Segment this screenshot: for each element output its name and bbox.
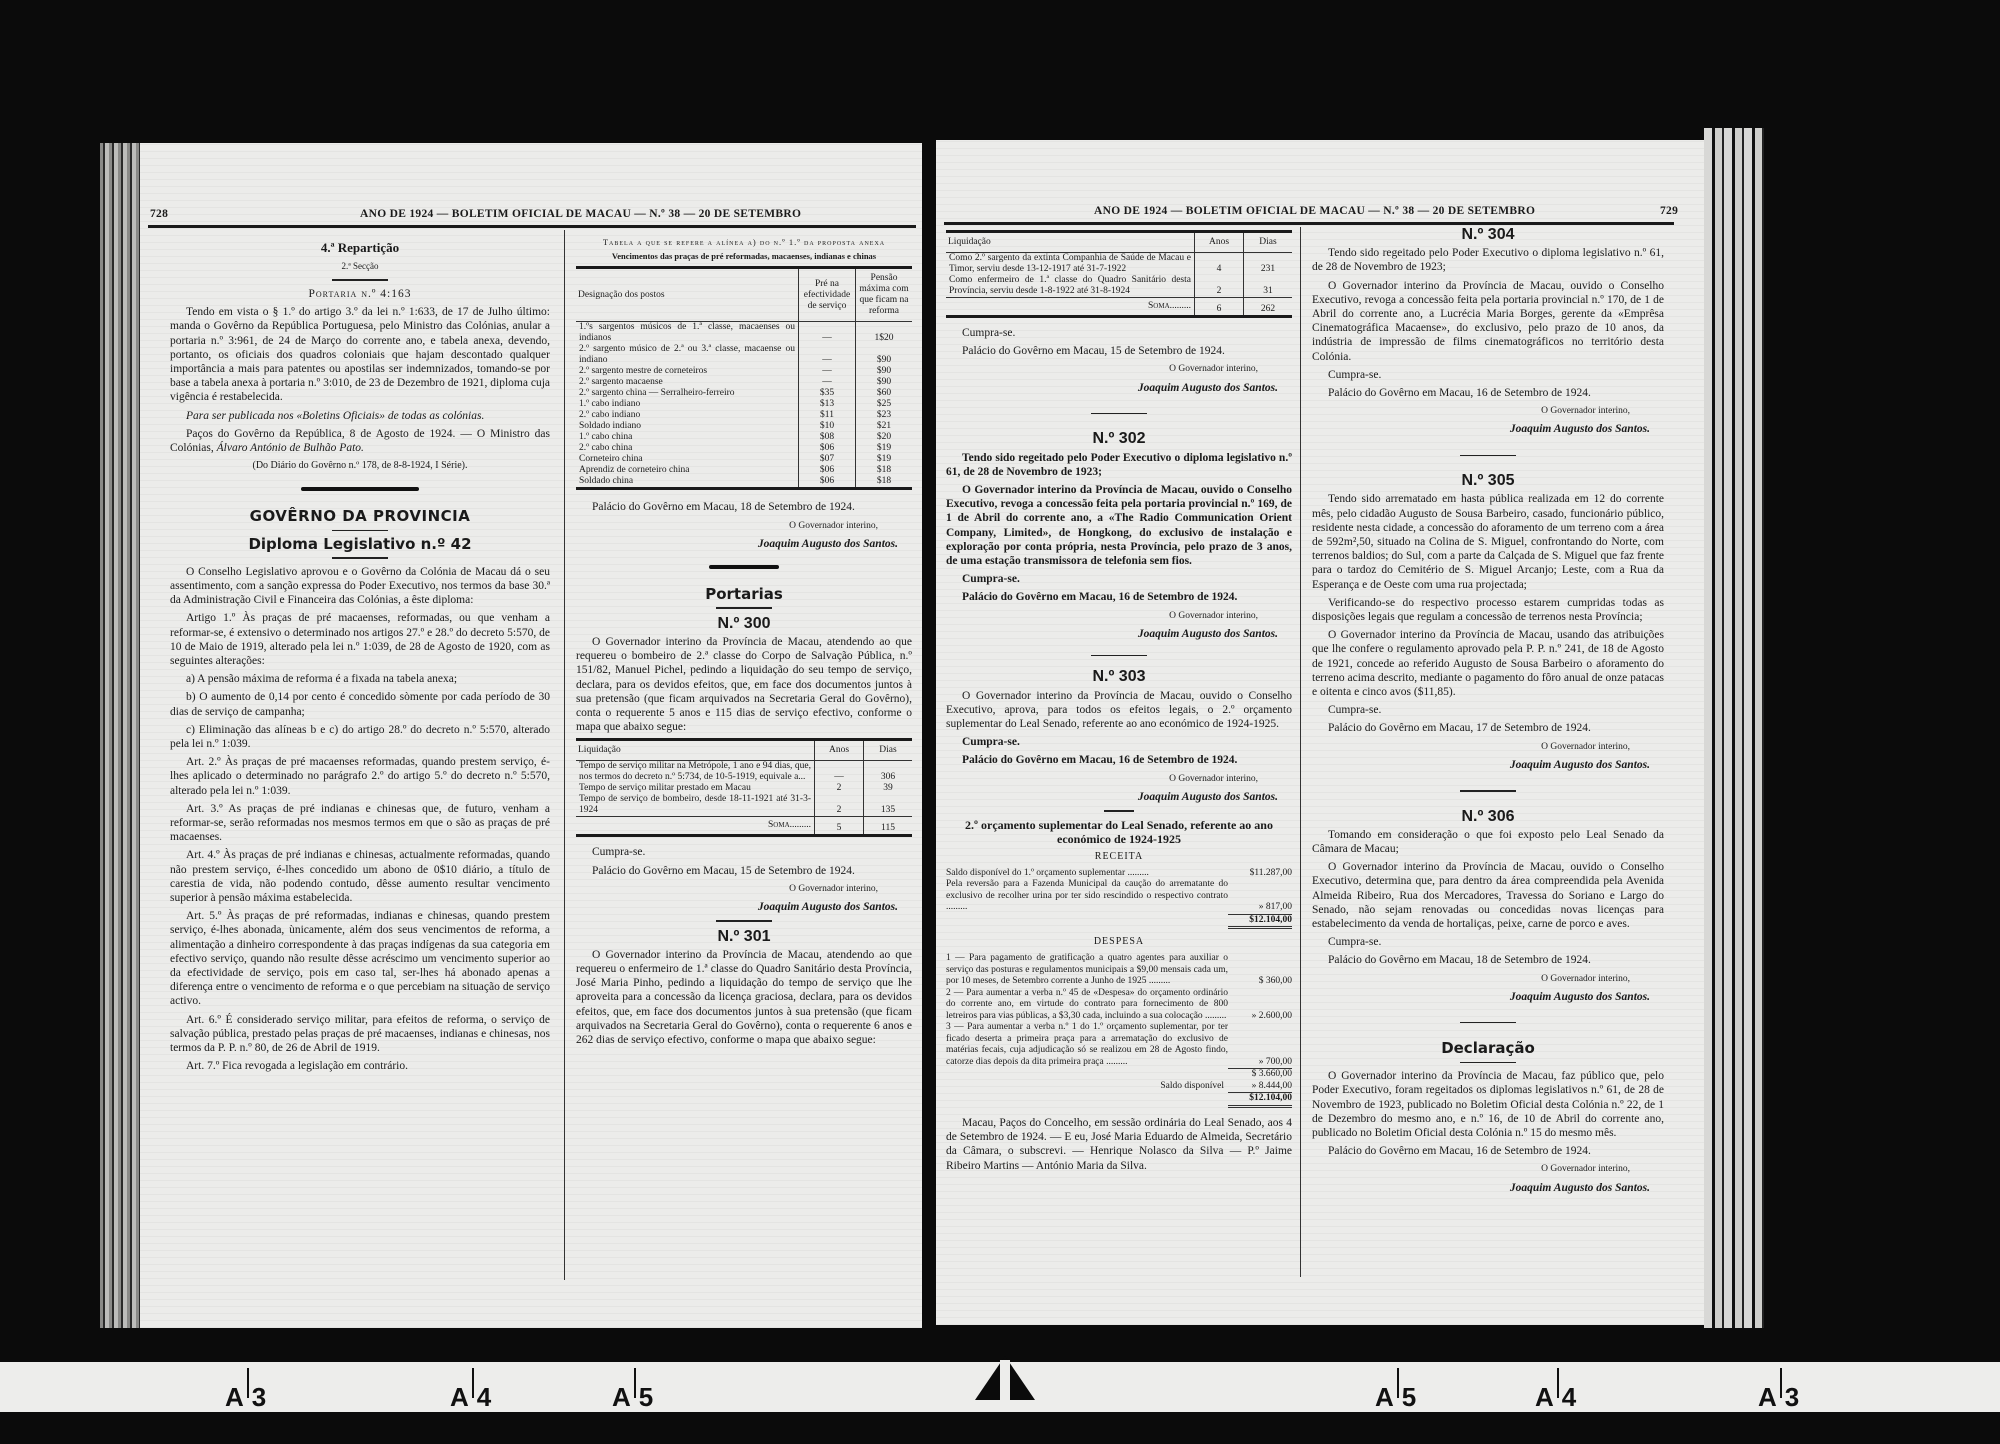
table-row: Como 2.º sargento da extinta Companhia d…: [946, 253, 1292, 276]
left-col-1: 4.ª Repartição 2.ª Secção Portaria n.º 4…: [170, 241, 550, 1077]
gov-name: Joaquim Augusto dos Santos.: [946, 627, 1292, 641]
gov-name: Joaquim Augusto dos Santos.: [946, 790, 1292, 804]
n305-p3: O Governador interino da Província de Ma…: [1312, 628, 1664, 699]
receita-label: RECEITA: [946, 850, 1292, 864]
cumpra: Cumpra-se.: [946, 572, 1292, 586]
table-row: Tempo de serviço de bombeiro, desde 18-1…: [576, 794, 912, 817]
gov-title: O Governador interino,: [946, 362, 1292, 376]
page-number-right: 729: [1660, 205, 1678, 217]
declaracao-body: O Governador interino da Província de Ma…: [1312, 1069, 1664, 1140]
n302-place: Palácio do Govêrno em Macau, 16 de Setem…: [946, 590, 1292, 604]
table-row: 1.º cabo indiano$13$25: [576, 399, 912, 410]
budget-item: Pela reversão para a Fazenda Municipal d…: [946, 879, 1292, 914]
gov-name: Joaquim Augusto dos Santos.: [1312, 1181, 1664, 1195]
cumpra: Cumpra-se.: [1312, 368, 1664, 382]
film-marker: A4: [1535, 1368, 1576, 1413]
n304-p1: Tendo sido regeitado pelo Poder Executiv…: [1312, 246, 1664, 274]
table-row: 1.ºs sargentos músicos de 1.ª classe, ma…: [576, 322, 912, 345]
budget-item: 2 — Para aumentar a verba n.º 45 de «Des…: [946, 988, 1292, 1023]
table-row: Soldado china$06$18: [576, 476, 912, 489]
n302-p2: O Governador interino da Província de Ma…: [946, 483, 1292, 568]
n306-p2: O Governador interino da Província de Ma…: [1312, 860, 1664, 931]
saldo-row: Saldo disponível» 8.444,00: [946, 1081, 1292, 1093]
diploma-paragraph: Art. 4.º Às praças de pré indianas e chi…: [170, 848, 550, 905]
right-col-1: Liquidação Anos Dias Como 2.º sargento d…: [946, 230, 1292, 1177]
column-separator: [1300, 227, 1301, 1277]
cumpra: Cumpra-se.: [946, 326, 1292, 340]
n306-p1: Tomando em consideração o que foi expost…: [1312, 828, 1664, 856]
divider: [1460, 1022, 1516, 1024]
n306-place: Palácio do Govêrno em Macau, 18 de Setem…: [1312, 953, 1664, 967]
cumpra: Cumpra-se.: [1312, 703, 1664, 717]
book-gutter: [922, 140, 936, 1330]
table-row: 2.º sargento músico de 2.ª ou 3.ª classe…: [576, 344, 912, 366]
left-col-2: Tabela a que se refere a alínea a) do n.…: [576, 235, 912, 1051]
declaracao-place: Palácio do Govêrno em Macau, 16 de Setem…: [1312, 1144, 1664, 1158]
divider: [716, 607, 772, 609]
n301-title: N.º 301: [576, 930, 912, 944]
gov-name: Joaquim Augusto dos Santos.: [576, 900, 912, 914]
left-page: 728 ANO DE 1924 — BOLETIM OFICIAL DE MAC…: [140, 143, 922, 1328]
table-row: 2.º sargento china — Serralheiro-ferreir…: [576, 388, 912, 399]
table-row: 2.º sargento macaense—$90: [576, 377, 912, 388]
gov-title: O Governador interino,: [1312, 404, 1664, 418]
table-row: Como enfermeiro de 1.ª classe do Quadro …: [946, 275, 1292, 298]
col-header: Designação dos postos: [576, 268, 799, 322]
gov-heading: GOVÊRNO DA PROVINCIA: [170, 509, 550, 523]
section-divider: [301, 487, 419, 491]
gov-title: O Governador interino,: [946, 609, 1292, 623]
table-title: Tabela a que se refere a alínea a) do n.…: [576, 235, 912, 249]
col-header: Anos: [815, 740, 864, 761]
despesa-label: DESPESA: [946, 935, 1292, 949]
col-header: Dias: [1244, 232, 1293, 253]
n305-title: N.º 305: [1312, 474, 1664, 488]
right-col-2: N.º 304 Tendo sido regeitado pelo Poder …: [1312, 228, 1664, 1199]
col-header: Pensão máxima com que ficam na reforma: [856, 268, 913, 322]
diploma-body: O Conselho Legislativo aprovou e o Govêr…: [170, 565, 550, 1074]
col-header: Liquidação: [576, 740, 815, 761]
table-row: Tempo de serviço militar prestado em Mac…: [576, 783, 912, 794]
table-row: 2.º cabo indiano$11$23: [576, 410, 912, 421]
gov-title: O Governador interino,: [576, 882, 912, 896]
pay-table: Designação dos postos Pré na efectividad…: [576, 266, 912, 490]
running-head-right: ANO DE 1924 — BOLETIM OFICIAL DE MACAU —…: [1094, 205, 1535, 217]
divider: [716, 920, 772, 922]
table-row: Corneteiro china$07$19: [576, 454, 912, 465]
film-marker: A4: [450, 1368, 491, 1413]
divider: [1104, 810, 1134, 812]
despesa-list: 1 — Para pagamento de gratificação a qua…: [946, 953, 1292, 1068]
diploma-paragraph: Art. 6.º É considerado serviço militar, …: [170, 1013, 550, 1056]
n305-p1: Tendo sido arrematado em hasta pública r…: [1312, 492, 1664, 591]
section-heading: 4.ª Repartição: [170, 241, 550, 255]
diploma-paragraph: Artigo 1.º Às praças de pré macaenses, r…: [170, 611, 550, 668]
budget-item: Saldo disponível do 1.º orçamento suplem…: [946, 868, 1292, 880]
portaria-body: Tendo em vista o § 1.º do artigo 3.º da …: [170, 305, 550, 404]
divider: [332, 530, 388, 532]
diploma-paragraph: O Conselho Legislativo aprovou e o Govêr…: [170, 565, 550, 608]
n301-table: Liquidação Anos Dias Como 2.º sargento d…: [946, 230, 1292, 318]
receita-list: Saldo disponível do 1.º orçamento suplem…: [946, 868, 1292, 914]
right-page: ANO DE 1924 — BOLETIM OFICIAL DE MACAU —…: [936, 140, 1704, 1325]
n302-title: N.º 302: [946, 432, 1292, 446]
n300-place: Palácio do Govêrno em Macau, 15 de Setem…: [576, 864, 912, 878]
table-row: 2.º cabo china$06$19: [576, 443, 912, 454]
divider: [1460, 1062, 1516, 1064]
budget-item: 1 — Para pagamento de gratificação a qua…: [946, 953, 1292, 988]
despesa-total: $12.104,00: [946, 1092, 1292, 1108]
divider: [332, 279, 388, 281]
col-header: Dias: [864, 740, 913, 761]
publish-note: Para ser publicada nos «Boletins Oficiai…: [170, 409, 550, 423]
column-separator: [564, 230, 565, 1280]
n301-body: O Governador interino da Província de Ma…: [576, 948, 912, 1047]
diploma-paragraph: b) O aumento de 0,14 por cento é concedi…: [170, 690, 550, 718]
budget-closing: Macau, Paços do Concelho, em sessão ordi…: [946, 1116, 1292, 1173]
n300-title: N.º 300: [576, 617, 912, 631]
n306-title: N.º 306: [1312, 810, 1664, 824]
film-marker: A5: [1375, 1368, 1416, 1413]
signoff-place: Palácio do Govêrno em Macau, 18 de Setem…: [576, 500, 912, 514]
film-notch-slot: [1000, 1360, 1010, 1400]
divider: [1091, 655, 1147, 657]
portaria-title: Portaria n.º 4:163: [170, 287, 550, 301]
cumpra: Cumpra-se.: [946, 735, 1292, 749]
gov-title: O Governador interino,: [946, 772, 1292, 786]
divider: [1460, 790, 1516, 792]
gov-name: Joaquim Augusto dos Santos.: [1312, 990, 1664, 1004]
diploma-title: Diploma Legislativo n.º 42: [170, 537, 550, 551]
table-row: 2.º sargento mestre de corneteiros—$90: [576, 366, 912, 377]
running-head-left: ANO DE 1924 — BOLETIM OFICIAL DE MACAU —…: [360, 208, 801, 220]
table-subtitle: Vencimentos das praças de pré reformadas…: [576, 249, 912, 263]
n304-p2: O Governador interino da Província de Ma…: [1312, 279, 1664, 364]
subsection-heading: 2.ª Secção: [170, 259, 550, 273]
n301-place: Palácio do Govêrno em Macau, 15 de Setem…: [946, 344, 1292, 358]
gov-title: O Governador interino,: [1312, 740, 1664, 754]
signoff: Paços do Govêrno da República, 8 de Agos…: [170, 427, 550, 455]
diploma-paragraph: a) A pensão máxima de reforma é a fixada…: [170, 672, 550, 686]
film-marker: A3: [225, 1368, 266, 1413]
gov-name: Joaquim Augusto dos Santos.: [1312, 422, 1664, 436]
col-header: Liquidação: [946, 232, 1195, 253]
receita-total: $12.104,00: [946, 914, 1292, 930]
source-note: (Do Diário do Govêrno n.º 178, de 8-8-19…: [170, 459, 550, 473]
table-row: Tempo de serviço militar na Metrópole, 1…: [576, 761, 912, 784]
gov-name: Joaquim Augusto dos Santos.: [576, 537, 912, 551]
table-row: Soldado indiano$10$21: [576, 421, 912, 432]
n305-p2: Verificando-se do respectivo processo es…: [1312, 596, 1664, 624]
budget-item: 3 — Para aumentar a verba n.º 1 do 1.º o…: [946, 1022, 1292, 1068]
divider: [1460, 455, 1516, 457]
left-binding-edge: [100, 143, 140, 1328]
film-marker: A5: [612, 1368, 653, 1413]
page-edges: [1704, 128, 1764, 1328]
n300-table: Liquidação Anos Dias Tempo de serviço mi…: [576, 738, 912, 837]
gov-title: O Governador interino,: [1312, 1162, 1664, 1176]
n303-body: O Governador interino da Província de Ma…: [946, 689, 1292, 732]
cumpra: Cumpra-se.: [1312, 935, 1664, 949]
header-rule: [944, 222, 1674, 225]
n302-p1: Tendo sido regeitado pelo Poder Executiv…: [946, 451, 1292, 479]
diploma-paragraph: Art. 2.º Às praças de pré macaenses refo…: [170, 755, 550, 798]
film-marker: A3: [1758, 1368, 1799, 1413]
gov-title: O Governador interino,: [576, 519, 912, 533]
sum-row: Soma.........5115: [576, 817, 912, 836]
gov-title: O Governador interino,: [1312, 972, 1664, 986]
n300-body: O Governador interino da Província de Ma…: [576, 635, 912, 734]
section-divider: [709, 565, 779, 569]
n305-place: Palácio do Govêrno em Macau, 17 de Setem…: [1312, 721, 1664, 735]
sum-row: Soma.........6262: [946, 298, 1292, 317]
divider: [1091, 413, 1147, 415]
diploma-paragraph: c) Eliminação das alíneas b e c) do arti…: [170, 723, 550, 751]
despesa-subtotal: $ 3.660,00: [946, 1068, 1292, 1081]
diploma-paragraph: Art. 7.º Fica revogada a legislação em c…: [170, 1059, 550, 1073]
diploma-paragraph: Art. 5.º Às praças de pré reformadas, in…: [170, 909, 550, 1008]
budget-title: 2.º orçamento suplementar do Leal Senado…: [946, 818, 1292, 846]
page-number-left: 728: [150, 208, 168, 220]
n304-place: Palácio do Govêrno em Macau, 16 de Setem…: [1312, 386, 1664, 400]
cumpra: Cumpra-se.: [576, 845, 912, 859]
diploma-paragraph: Art. 3.º As praças de pré indianas e chi…: [170, 802, 550, 845]
col-header: Pré na efectividade de serviço: [799, 268, 856, 322]
header-rule: [148, 225, 916, 228]
table-row: Aprendiz de corneteiro china$06$18: [576, 465, 912, 476]
col-header: Anos: [1195, 232, 1244, 253]
portarias-heading: Portarias: [576, 587, 912, 601]
declaracao-title: Declaração: [1312, 1041, 1664, 1055]
gov-name: Joaquim Augusto dos Santos.: [946, 381, 1292, 395]
n304-title: N.º 304: [1312, 228, 1664, 242]
divider: [332, 557, 388, 559]
n303-title: N.º 303: [946, 670, 1292, 684]
n303-place: Palácio do Govêrno em Macau, 16 de Setem…: [946, 753, 1292, 767]
table-row: 1.º cabo china$08$20: [576, 432, 912, 443]
gov-name: Joaquim Augusto dos Santos.: [1312, 758, 1664, 772]
